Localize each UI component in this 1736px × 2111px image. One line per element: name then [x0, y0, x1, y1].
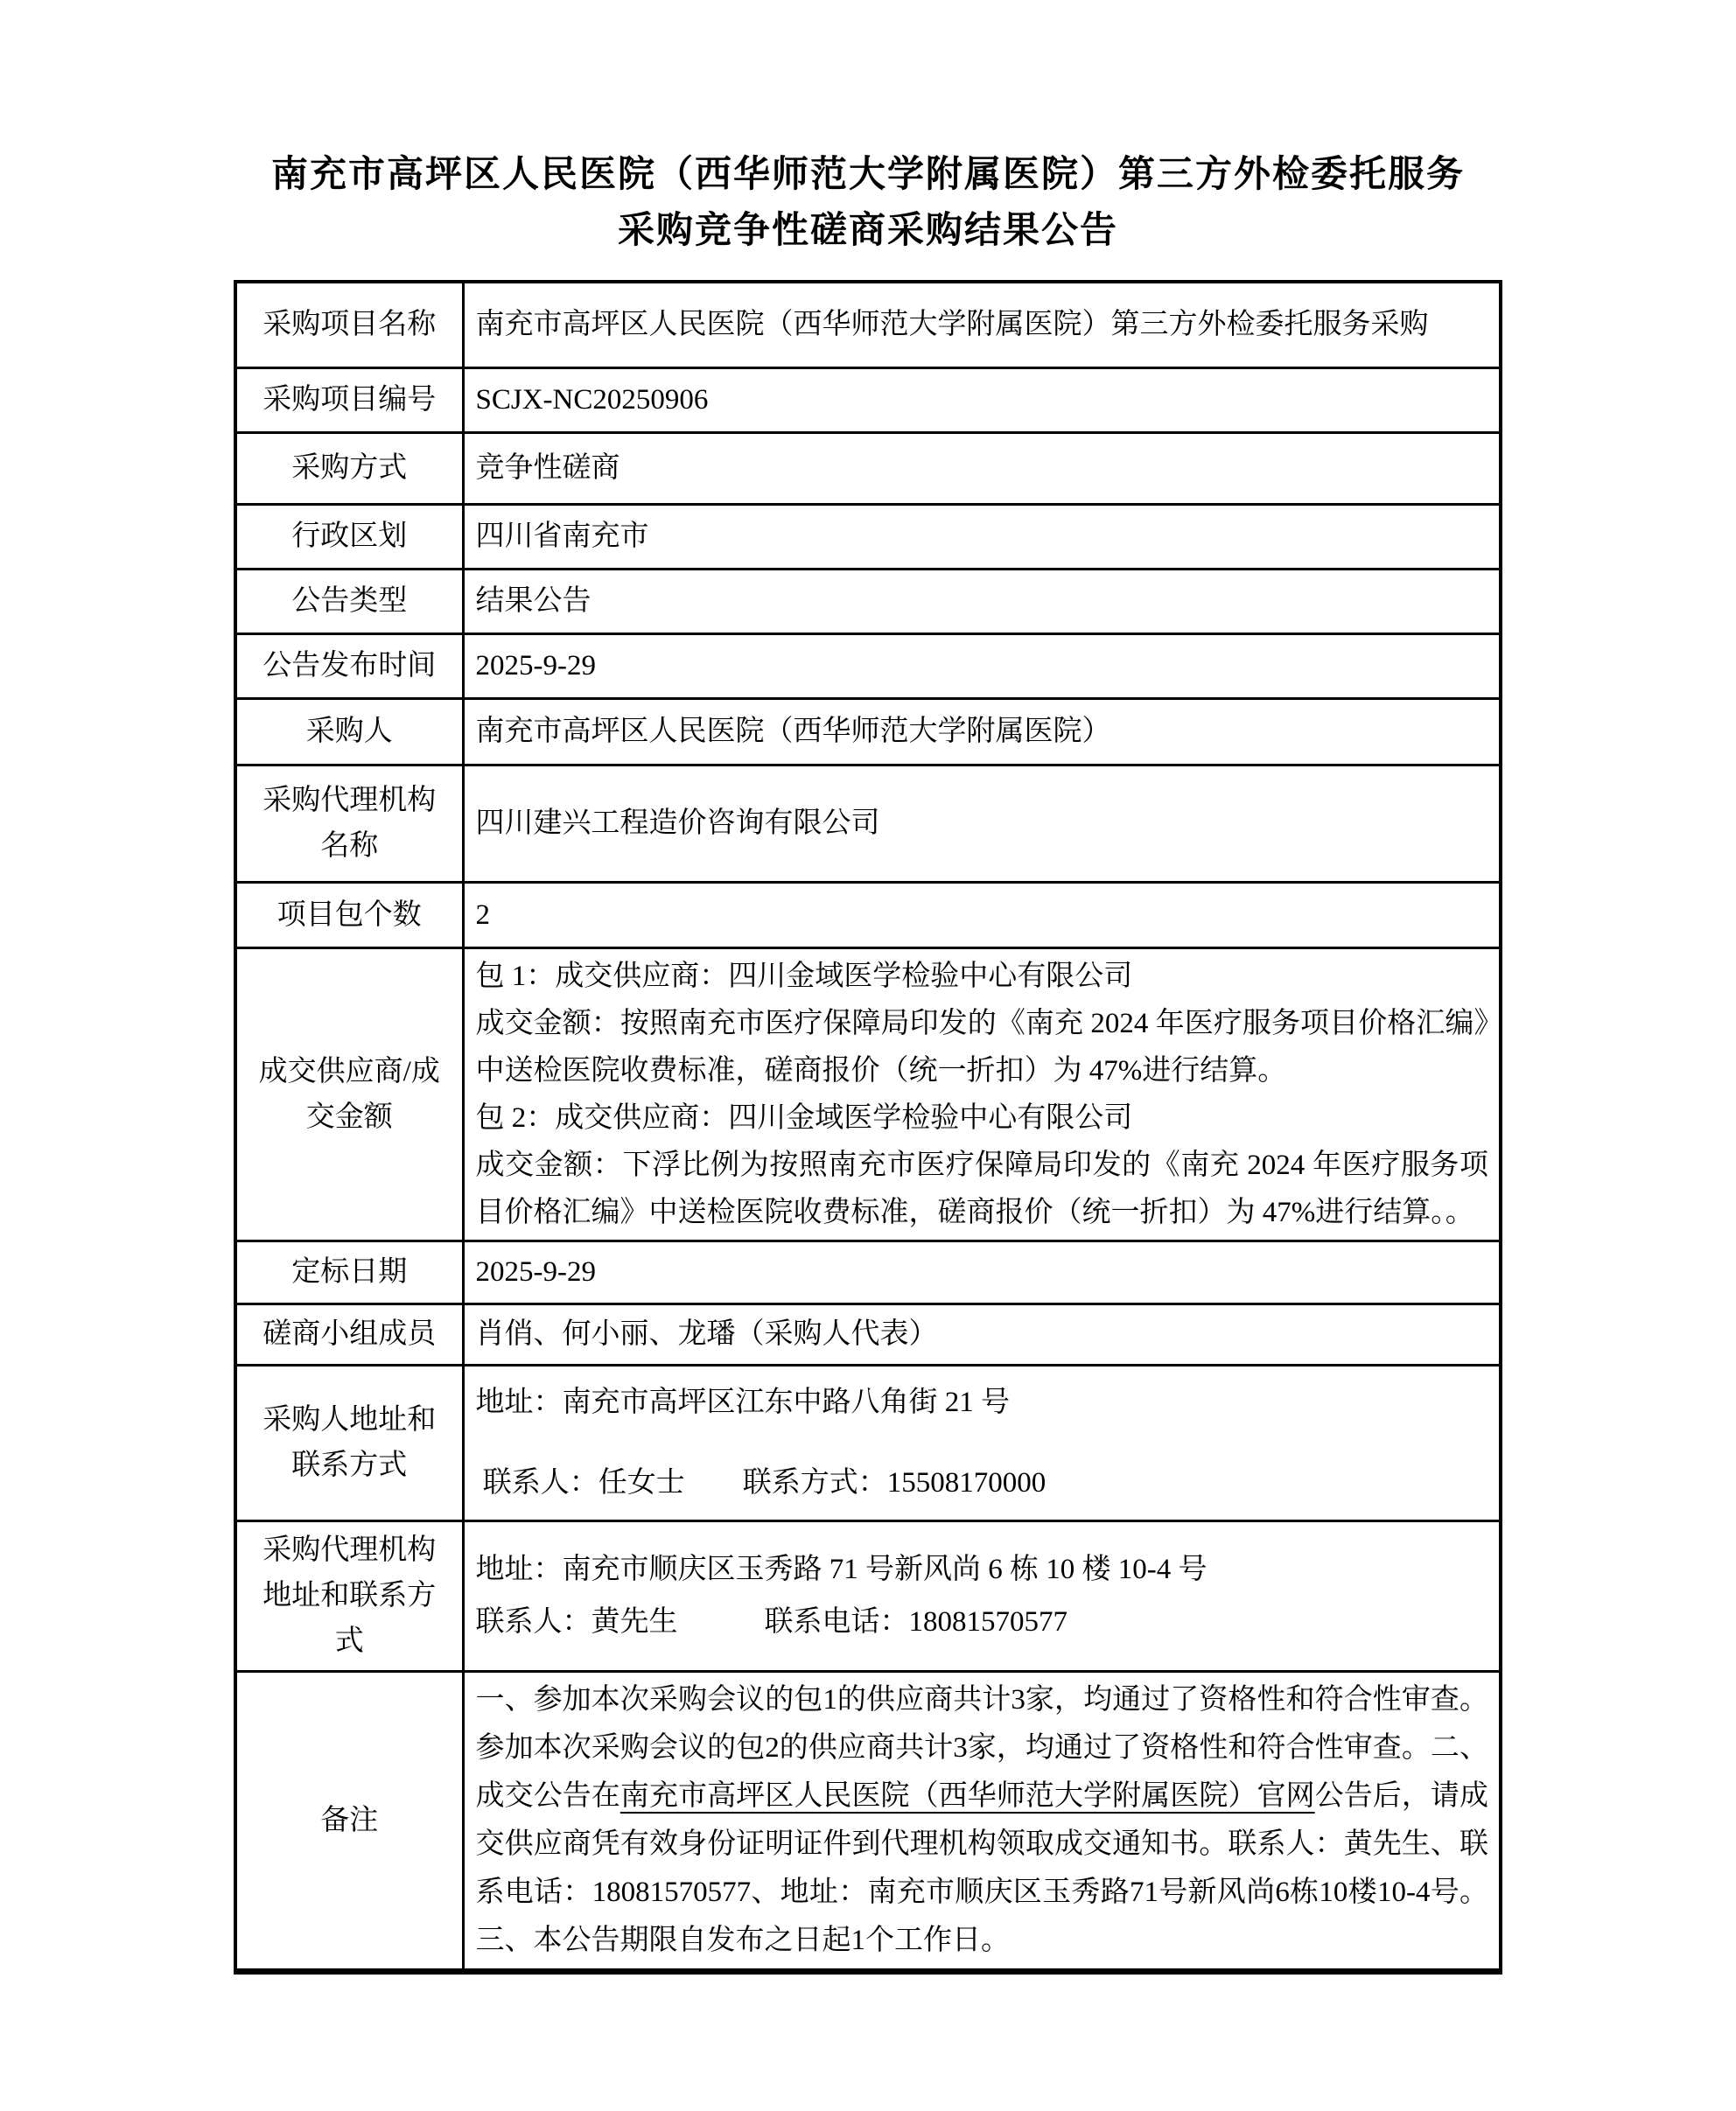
remarks-underlined-official-website: 南充市高坪区人民医院（西华师范大学附属医院）官网 — [620, 1780, 1315, 1812]
row-label: 定标日期 — [235, 1241, 463, 1304]
row-label: 公告类型 — [235, 569, 463, 633]
table-row-package-count: 项目包个数 2 — [235, 882, 1501, 947]
row-value-remarks: 一、参加本次采购会议的包1的供应商共计3家，均通过了资格性和符合性审查。参加本次… — [463, 1671, 1501, 1971]
table-row-administrative-region: 行政区划 四川省南充市 — [235, 504, 1501, 569]
purchaser-contact-line: 联系人：任女士 联系方式：15508170000 — [476, 1459, 1489, 1506]
document-title-line2: 采购竞争性磋商采购结果公告 — [159, 203, 1577, 259]
row-label: 行政区划 — [235, 504, 463, 569]
table-row-award-result: 成交供应商/成 交金额 包 1：成交供应商：四川金域医学检验中心有限公司 成交金… — [235, 947, 1501, 1241]
purchaser-address-line: 地址：南充市高坪区江东中路八角街 21 号 — [476, 1379, 1489, 1426]
row-label: 采购代理机构 地址和联系方 式 — [235, 1520, 463, 1671]
table-row-announcement-type: 公告类型 结果公告 — [235, 569, 1501, 633]
row-value-purchaser-contact: 地址：南充市高坪区江东中路八角街 21 号 联系人：任女士 联系方式：15508… — [463, 1365, 1501, 1520]
table-row-agency-contact: 采购代理机构 地址和联系方 式 地址：南充市顺庆区玉秀路 71 号新风尚 6 栋… — [235, 1520, 1501, 1671]
procurement-table: 采购项目名称 南充市高坪区人民医院（西华师范大学附属医院）第三方外检委托服务采购… — [234, 280, 1502, 1975]
row-label: 项目包个数 — [235, 882, 463, 947]
row-value: SCJX-NC20250906 — [463, 367, 1501, 432]
row-label: 采购代理机构 名称 — [235, 765, 463, 882]
row-label: 公告发布时间 — [235, 633, 463, 698]
table-row-purchaser-contact: 采购人地址和 联系方式 地址：南充市高坪区江东中路八角街 21 号 联系人：任女… — [235, 1365, 1501, 1520]
row-value: 肖俏、何小丽、龙璠（采购人代表） — [463, 1304, 1501, 1365]
row-value: 2025-9-29 — [463, 633, 1501, 698]
table-row-project-name: 采购项目名称 南充市高坪区人民医院（西华师范大学附属医院）第三方外检委托服务采购 — [235, 282, 1501, 367]
award-paragraph-amount2: 成交金额：下浮比例为按照南充市医疗保障局印发的《南充 2024 年医疗服务项目价… — [476, 1142, 1489, 1236]
row-value: 2025-9-29 — [463, 1241, 1501, 1304]
row-value: 2 — [463, 882, 1501, 947]
agency-address-line: 地址：南充市顺庆区玉秀路 71 号新风尚 6 栋 10 楼 10-4 号 — [476, 1546, 1489, 1593]
row-label: 采购人 — [235, 698, 463, 765]
document-page: 南充市高坪区人民医院（西华师范大学附属医院）第三方外检委托服务 采购竞争性磋商采… — [0, 0, 1736, 2111]
row-value: 南充市高坪区人民医院（西华师范大学附属医院） — [463, 698, 1501, 765]
row-label: 磋商小组成员 — [235, 1304, 463, 1365]
table-row-project-number: 采购项目编号 SCJX-NC20250906 — [235, 367, 1501, 432]
table-row-negotiation-panel: 磋商小组成员 肖俏、何小丽、龙璠（采购人代表） — [235, 1304, 1501, 1365]
document-title: 南充市高坪区人民医院（西华师范大学附属医院）第三方外检委托服务 采购竞争性磋商采… — [159, 147, 1577, 259]
row-label: 备注 — [235, 1671, 463, 1971]
row-label: 采购人地址和 联系方式 — [235, 1365, 463, 1520]
row-label: 采购方式 — [235, 432, 463, 504]
row-value-agency-contact: 地址：南充市顺庆区玉秀路 71 号新风尚 6 栋 10 楼 10-4 号 联系人… — [463, 1520, 1501, 1671]
agency-contact-line: 联系人：黄先生 联系电话：18081570577 — [476, 1598, 1489, 1646]
remarks-text: 一、参加本次采购会议的包1的供应商共计3家，均通过了资格性和符合性审查。参加本次… — [476, 1676, 1489, 1965]
row-value-award: 包 1：成交供应商：四川金域医学检验中心有限公司 成交金额：按照南充市医疗保障局… — [463, 947, 1501, 1241]
table-row-purchaser: 采购人 南充市高坪区人民医院（西华师范大学附属医院） — [235, 698, 1501, 765]
table-row-publish-date: 公告发布时间 2025-9-29 — [235, 633, 1501, 698]
row-value: 竞争性磋商 — [463, 432, 1501, 504]
row-label: 成交供应商/成 交金额 — [235, 947, 463, 1241]
document-title-line1: 南充市高坪区人民医院（西华师范大学附属医院）第三方外检委托服务 — [159, 147, 1577, 203]
table-row-award-date: 定标日期 2025-9-29 — [235, 1241, 1501, 1304]
row-value: 结果公告 — [463, 569, 1501, 633]
table-row-agency-name: 采购代理机构 名称 四川建兴工程造价咨询有限公司 — [235, 765, 1501, 882]
row-label: 采购项目编号 — [235, 367, 463, 432]
row-label: 采购项目名称 — [235, 282, 463, 367]
row-value: 南充市高坪区人民医院（西华师范大学附属医院）第三方外检委托服务采购 — [463, 282, 1501, 367]
award-paragraph-amount1: 成交金额：按照南充市医疗保障局印发的《南充 2024 年医疗服务项目价格汇编》中… — [476, 1000, 1489, 1094]
row-value: 四川建兴工程造价咨询有限公司 — [463, 765, 1501, 882]
award-paragraph-package1: 包 1：成交供应商：四川金域医学检验中心有限公司 — [476, 953, 1489, 1000]
row-value: 四川省南充市 — [463, 504, 1501, 569]
table-row-procurement-method: 采购方式 竞争性磋商 — [235, 432, 1501, 504]
table-row-remarks: 备注 一、参加本次采购会议的包1的供应商共计3家，均通过了资格性和符合性审查。参… — [235, 1671, 1501, 1971]
award-paragraph-package2: 包 2：成交供应商：四川金域医学检验中心有限公司 — [476, 1094, 1489, 1142]
